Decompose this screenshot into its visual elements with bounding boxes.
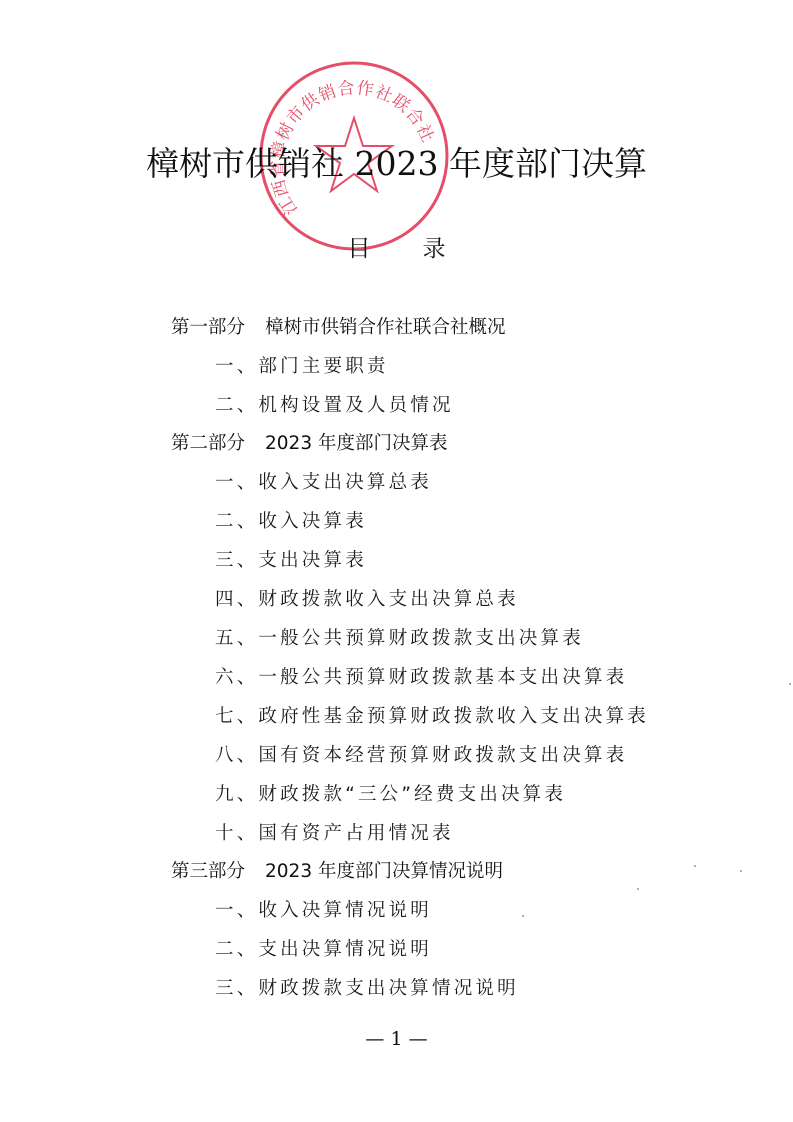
part-title: 2023 年度部门决算情况说明: [265, 861, 503, 882]
toc-item[interactable]: 一、部门主要职责: [215, 355, 389, 379]
toc-item[interactable]: 八、国有资本经营预算财政拨款支出决算表: [215, 744, 627, 768]
part-title: 2023 年度部门决算表: [265, 433, 447, 454]
toc-item[interactable]: 三、支出决算表: [215, 549, 367, 573]
toc-item[interactable]: 二、机构设置及人员情况: [215, 394, 454, 418]
toc-item[interactable]: 十、国有资产占用情况表: [215, 822, 454, 846]
scan-speck: [789, 683, 791, 685]
part-title: 樟树市供销合作社联合社概况: [265, 317, 506, 338]
scan-speck: [522, 915, 524, 917]
scan-speck: [740, 870, 742, 872]
toc-item[interactable]: 三、财政拨款支出决算情况说明: [215, 977, 519, 1001]
page-number: — 1 —: [0, 1028, 793, 1050]
toc-item[interactable]: 七、政府性基金预算财政拨款收入支出决算表: [215, 705, 649, 729]
toc-item[interactable]: 二、支出决算情况说明: [215, 938, 432, 962]
toc-heading: 目录: [0, 230, 793, 263]
toc-item[interactable]: 九、财政拨款“三公”经费支出决算表: [215, 783, 566, 807]
scan-speck: [694, 865, 696, 867]
toc-part-2[interactable]: 第二部分2023 年度部门决算表: [171, 432, 447, 456]
scan-speck: [637, 888, 639, 890]
toc-item[interactable]: 一、收入支出决算总表: [215, 471, 432, 495]
document-page: 江西省樟树市供销合作社联合社 樟树市供销社 2023 年度部门决算 目录 第一部…: [0, 0, 793, 1122]
toc-item[interactable]: 一、收入决算情况说明: [215, 899, 432, 923]
part-number: 第三部分: [171, 860, 245, 884]
toc-part-1[interactable]: 第一部分樟树市供销合作社联合社概况: [171, 316, 506, 340]
toc-heading-char-2: 录: [423, 230, 446, 263]
part-number: 第二部分: [171, 432, 245, 456]
toc-item[interactable]: 六、一般公共预算财政拨款基本支出决算表: [215, 666, 627, 690]
toc-heading-char-1: 目: [348, 230, 371, 263]
toc-item[interactable]: 四、财政拨款收入支出决算总表: [215, 588, 519, 612]
document-title: 樟树市供销社 2023 年度部门决算: [0, 138, 793, 185]
toc-part-3[interactable]: 第三部分2023 年度部门决算情况说明: [171, 860, 503, 884]
part-number: 第一部分: [171, 316, 245, 340]
toc-item[interactable]: 二、收入决算表: [215, 510, 367, 534]
toc-item[interactable]: 五、一般公共预算财政拨款支出决算表: [215, 627, 584, 651]
